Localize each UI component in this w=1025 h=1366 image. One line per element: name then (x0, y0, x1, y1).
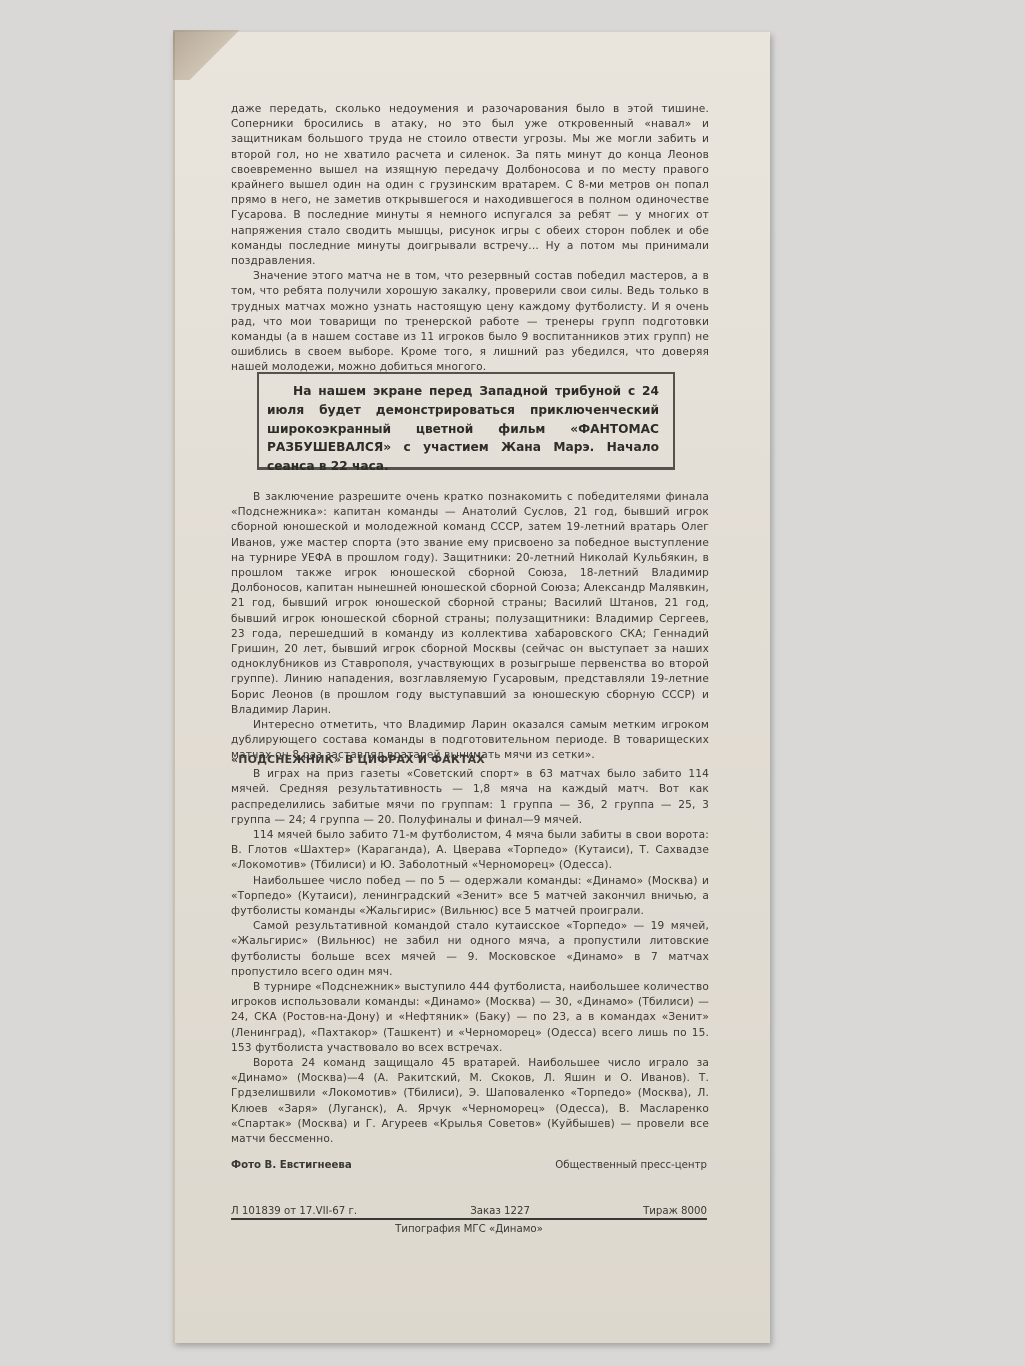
paragraph: В турнире «Подснежник» выступило 444 фут… (231, 980, 709, 1056)
article-part-1: даже передать, сколько недоумения и разо… (231, 102, 709, 376)
section-heading: «ПОДСНЕЖНИК» В ЦИФРАХ И ФАКТАХ (231, 752, 709, 767)
paragraph: Самой результативной командой стало кута… (231, 919, 709, 980)
imprint-row: Л 101839 от 17.VII-67 г. Заказ 1227 Тира… (231, 1206, 707, 1220)
license-number: Л 101839 от 17.VII-67 г. (231, 1206, 357, 1217)
notice-text: На нашем экране перед Западной трибуной … (267, 382, 659, 476)
photo-credit: Фото В. Евстигнеева (231, 1160, 352, 1171)
facts-section: «ПОДСНЕЖНИК» В ЦИФРАХ И ФАКТАХ В играх н… (231, 752, 709, 1147)
press-center: Общественный пресс-центр (555, 1160, 707, 1171)
order-number: Заказ 1227 (470, 1206, 530, 1217)
paragraph: В заключение разрешите очень кратко позн… (231, 490, 709, 718)
printer-row: Типография МГС «Динамо» (231, 1224, 707, 1235)
paragraph: Значение этого матча не в том, что резер… (231, 269, 709, 375)
paragraph: даже передать, сколько недоумения и разо… (231, 102, 709, 269)
article-part-2: В заключение разрешите очень кратко позн… (231, 490, 709, 764)
film-screening-notice: На нашем экране перед Западной трибуной … (257, 372, 675, 470)
paragraph: Ворота 24 команд защищало 45 вратарей. Н… (231, 1056, 709, 1147)
printer-name: Типография МГС «Динамо» (395, 1224, 543, 1235)
print-run: Тираж 8000 (643, 1206, 707, 1217)
program-page: даже передать, сколько недоумения и разо… (173, 32, 770, 1343)
paragraph: 114 мячей было забито 71-м футболистом, … (231, 828, 709, 874)
credits-row: Фото В. Евстигнеева Общественный пресс-ц… (231, 1160, 707, 1171)
paragraph: В играх на приз газеты «Советский спорт»… (231, 767, 709, 828)
paragraph: Наибольшее число побед — по 5 — одержали… (231, 874, 709, 920)
